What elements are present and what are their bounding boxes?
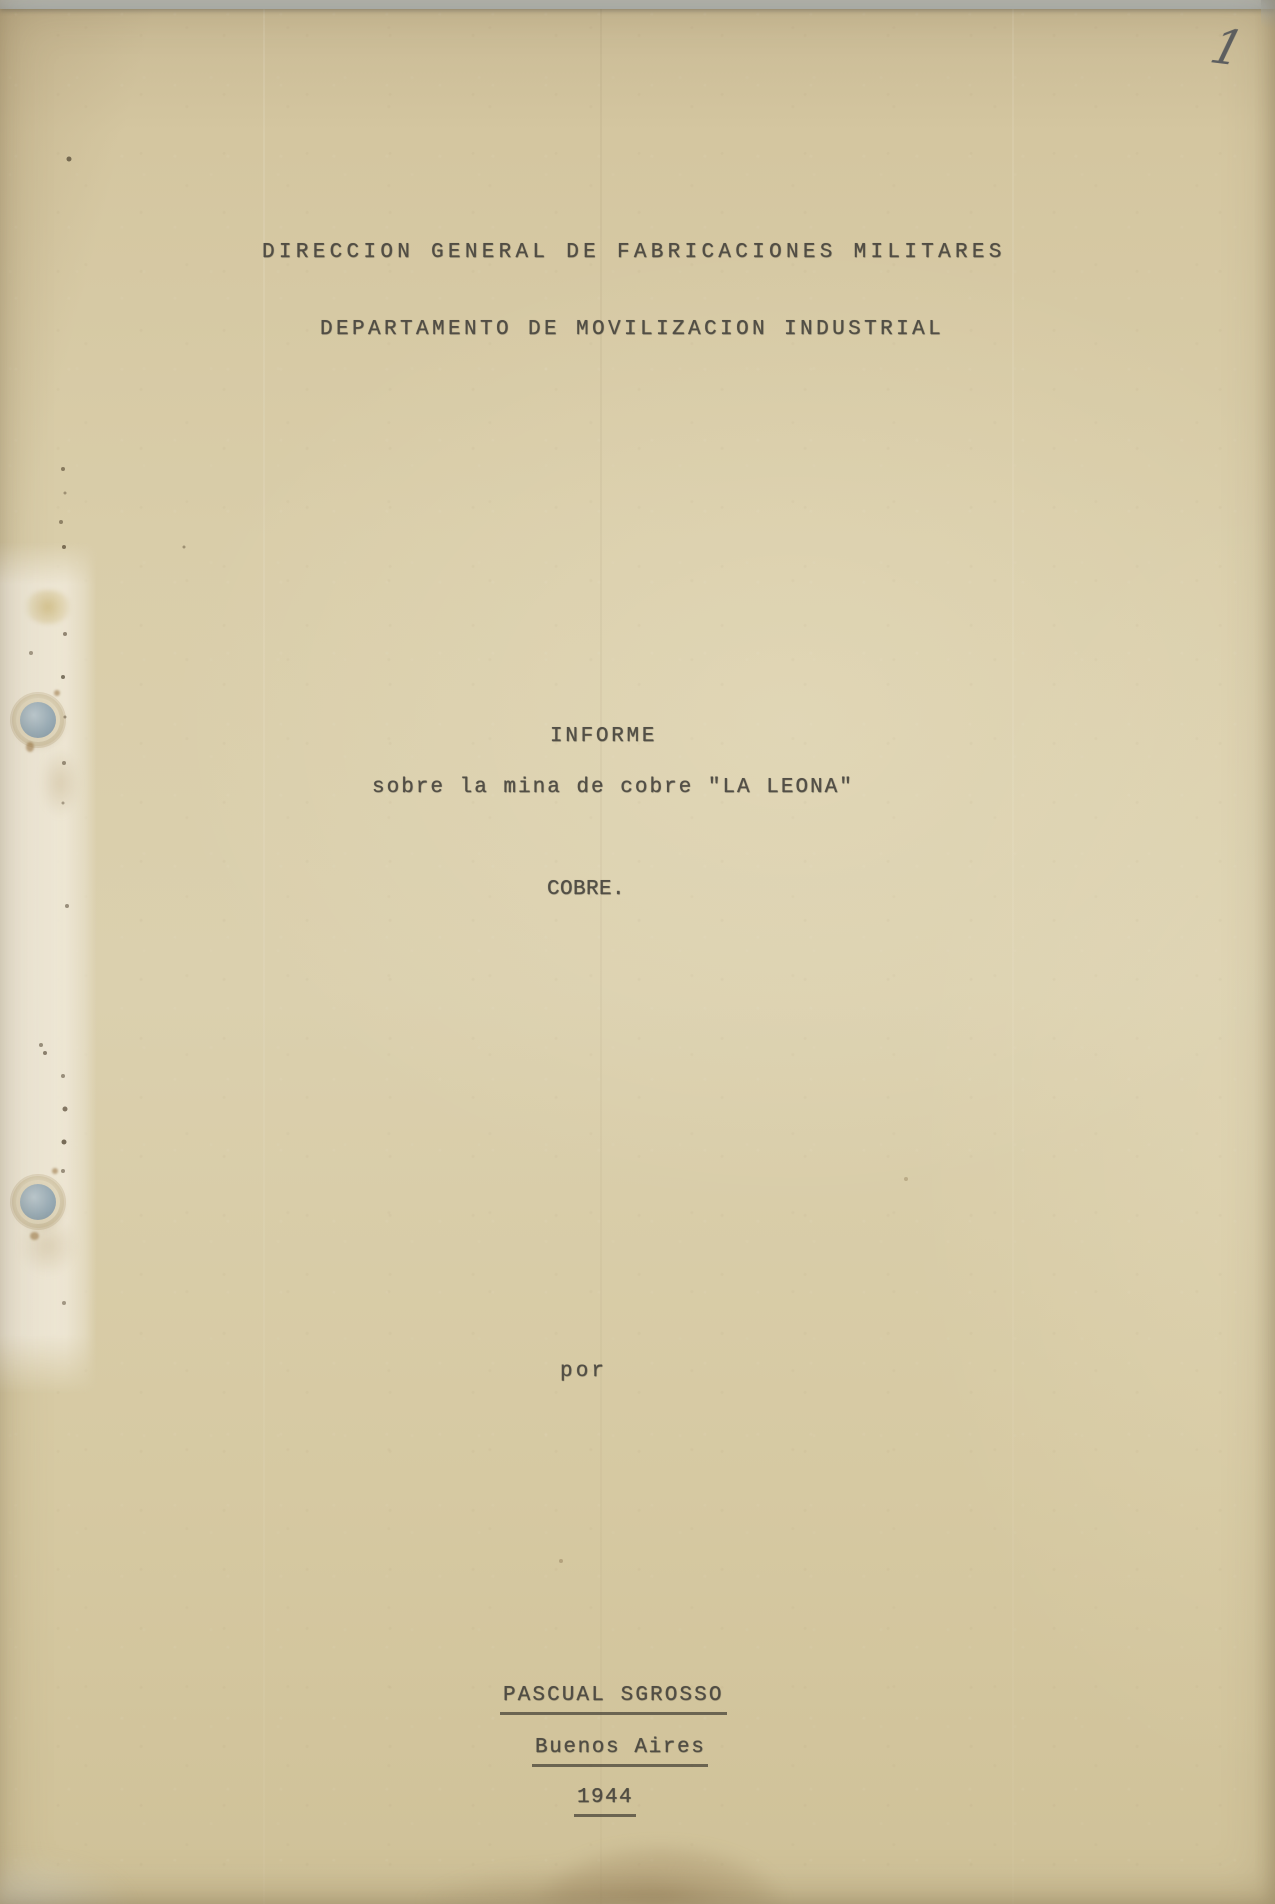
report-title: INFORME xyxy=(550,725,657,749)
rust-stain xyxy=(54,690,60,696)
rust-stain xyxy=(26,742,34,752)
paper-texture xyxy=(0,0,1275,1904)
rust-stain xyxy=(52,1168,58,1174)
document-scan-page: 1 DIRECCION GENERAL DE FABRICACIONES MIL… xyxy=(0,0,1275,1904)
bottom-stain xyxy=(400,1808,820,1904)
header-line-1: DIRECCION GENERAL DE FABRICACIONES MILIT… xyxy=(262,241,1006,265)
report-subject: COBRE. xyxy=(547,878,625,902)
rust-stain xyxy=(30,1232,39,1240)
punch-hole-top xyxy=(20,702,56,738)
binding-strip-stain xyxy=(24,590,72,624)
report-subtitle: sobre la mina de cobre "LA LEONA" xyxy=(372,776,854,800)
binding-perforation-specks xyxy=(0,0,2,2)
paper-crease xyxy=(600,0,602,1904)
byline-por: por xyxy=(560,1360,607,1384)
binding-strip xyxy=(0,542,97,1394)
paper-crease xyxy=(1012,0,1014,1904)
header-line-2: DEPARTAMENTO DE MOVILIZACION INDUSTRIAL xyxy=(320,318,944,342)
punch-hole-bottom xyxy=(20,1184,56,1220)
paper-crease xyxy=(263,0,265,1904)
place-name: Buenos Aires xyxy=(532,1736,708,1767)
scanner-edge-corner xyxy=(1261,0,1275,34)
page-number-handwritten: 1 xyxy=(1205,19,1250,77)
bottom-left-scan-glow xyxy=(0,1852,140,1904)
scanner-edge-top xyxy=(0,0,1275,9)
author-name: PASCUAL SGROSSO xyxy=(500,1684,727,1715)
